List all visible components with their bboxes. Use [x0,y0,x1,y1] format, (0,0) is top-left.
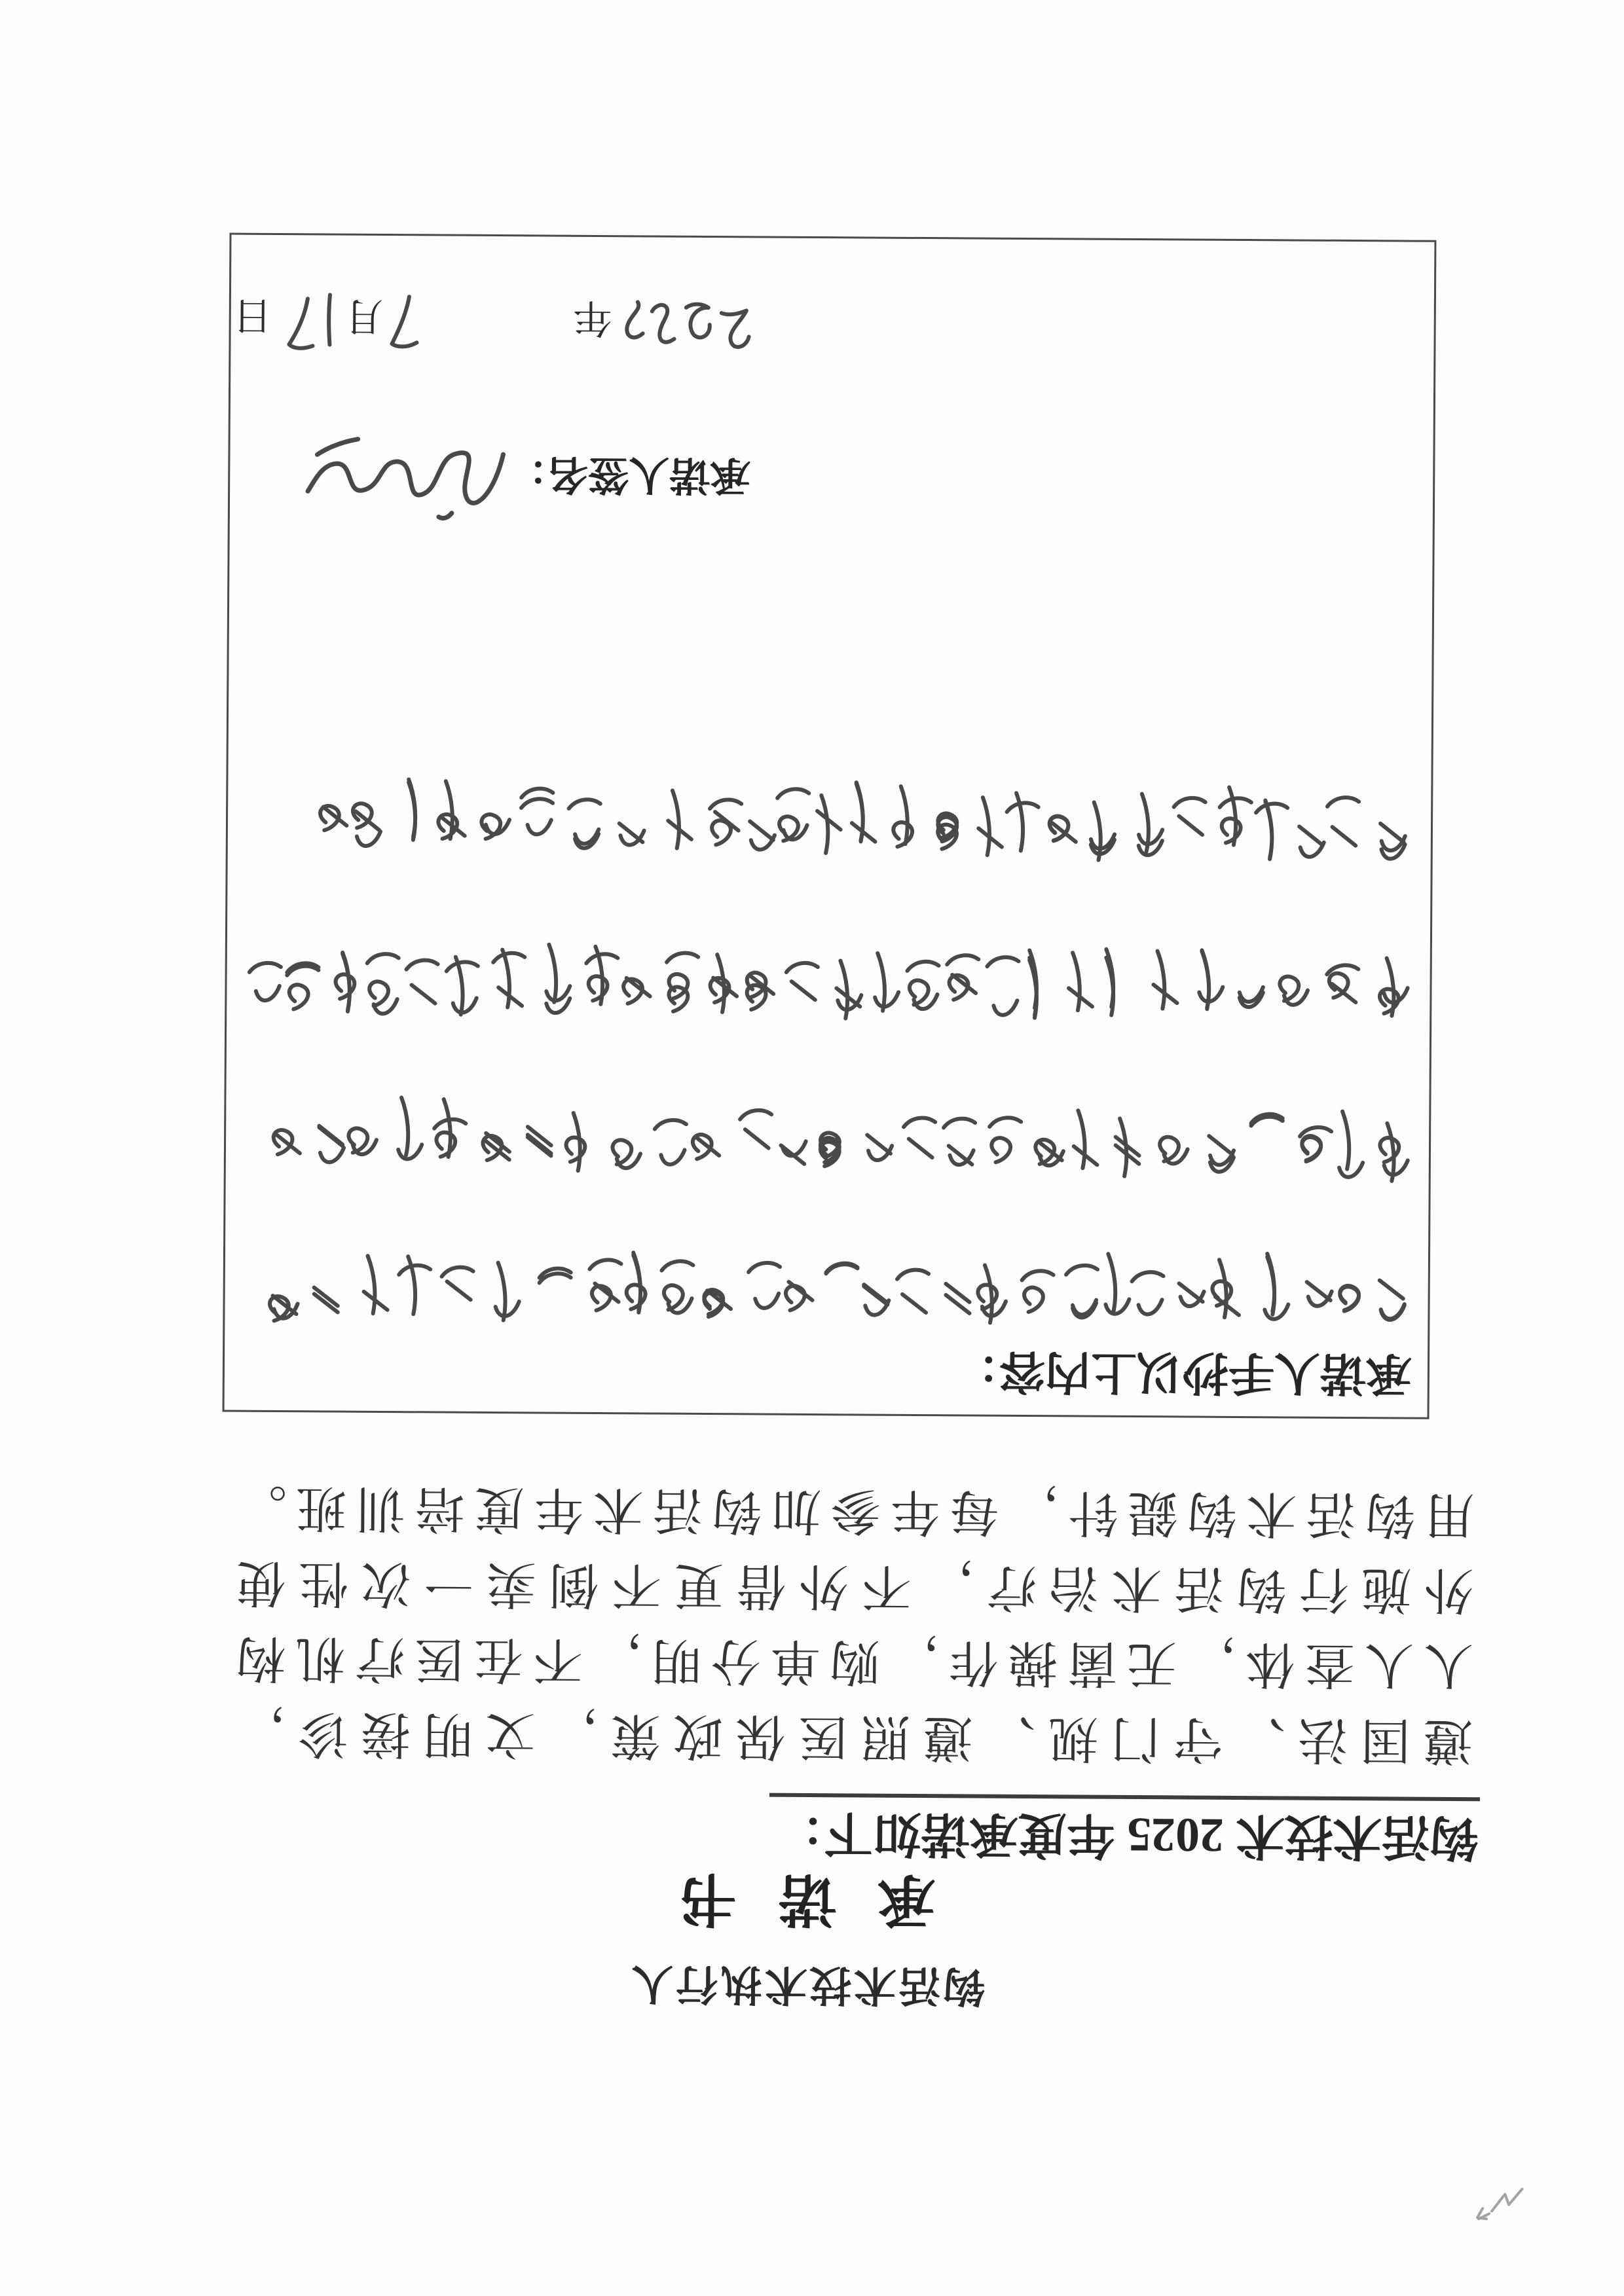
handwritten-year [620,290,758,363]
handwritten-copy-line [236,1064,1416,1208]
pledge-intro-line: 钩活术技术 2025 年度承诺如下： [769,1793,1480,1876]
handwritten-month [382,290,429,362]
date-day-label: 日 [232,291,272,347]
pledge-body-line: 遵国法、守门规、遵照医保政策，文明接诊， [235,1708,1473,1781]
document-title: 钩活术技术执行人 [629,1957,986,2019]
upside-down-document: 钩活术技术执行人 承诺书 钩活术技术 2025 年度承诺如下： 遵国法、守门规、… [0,0,1624,2296]
document-subtitle: 承诺书 [638,1861,936,1946]
signature-label: 承诺人签名： [507,448,751,508]
stray-pen-mark [1467,2177,1526,2223]
signature-scrawl [299,406,515,538]
pledge-body-line: 用钩活术钩鍉针，每年参加钩活术年度培训班。 [236,1482,1475,1556]
scanned-page: 钩活术技术执行人 承诺书 钩活术技术 2025 年度承诺如下： 遵国法、守门规、… [0,0,1624,2296]
handwritten-copy-line [240,1220,1412,1353]
copy-instruction-label: 承诺人手抄以上内容： [953,1341,1412,1410]
date-year-label: 年 [572,293,612,349]
handwritten-day [278,291,344,363]
pledge-body-line: 人人查体，无菌操作，购单分明，不在医疗机构 [236,1633,1474,1706]
handwritten-copy-line [240,913,1415,1046]
handwritten-copy-line [280,743,1414,890]
document-title-row: 钩活术技术执行人 [0,1953,1619,2023]
date-month-label: 月 [344,291,384,348]
pledge-body-line: 外施行钩活术治疗，不外借更不倒卖一次性使 [236,1558,1475,1631]
